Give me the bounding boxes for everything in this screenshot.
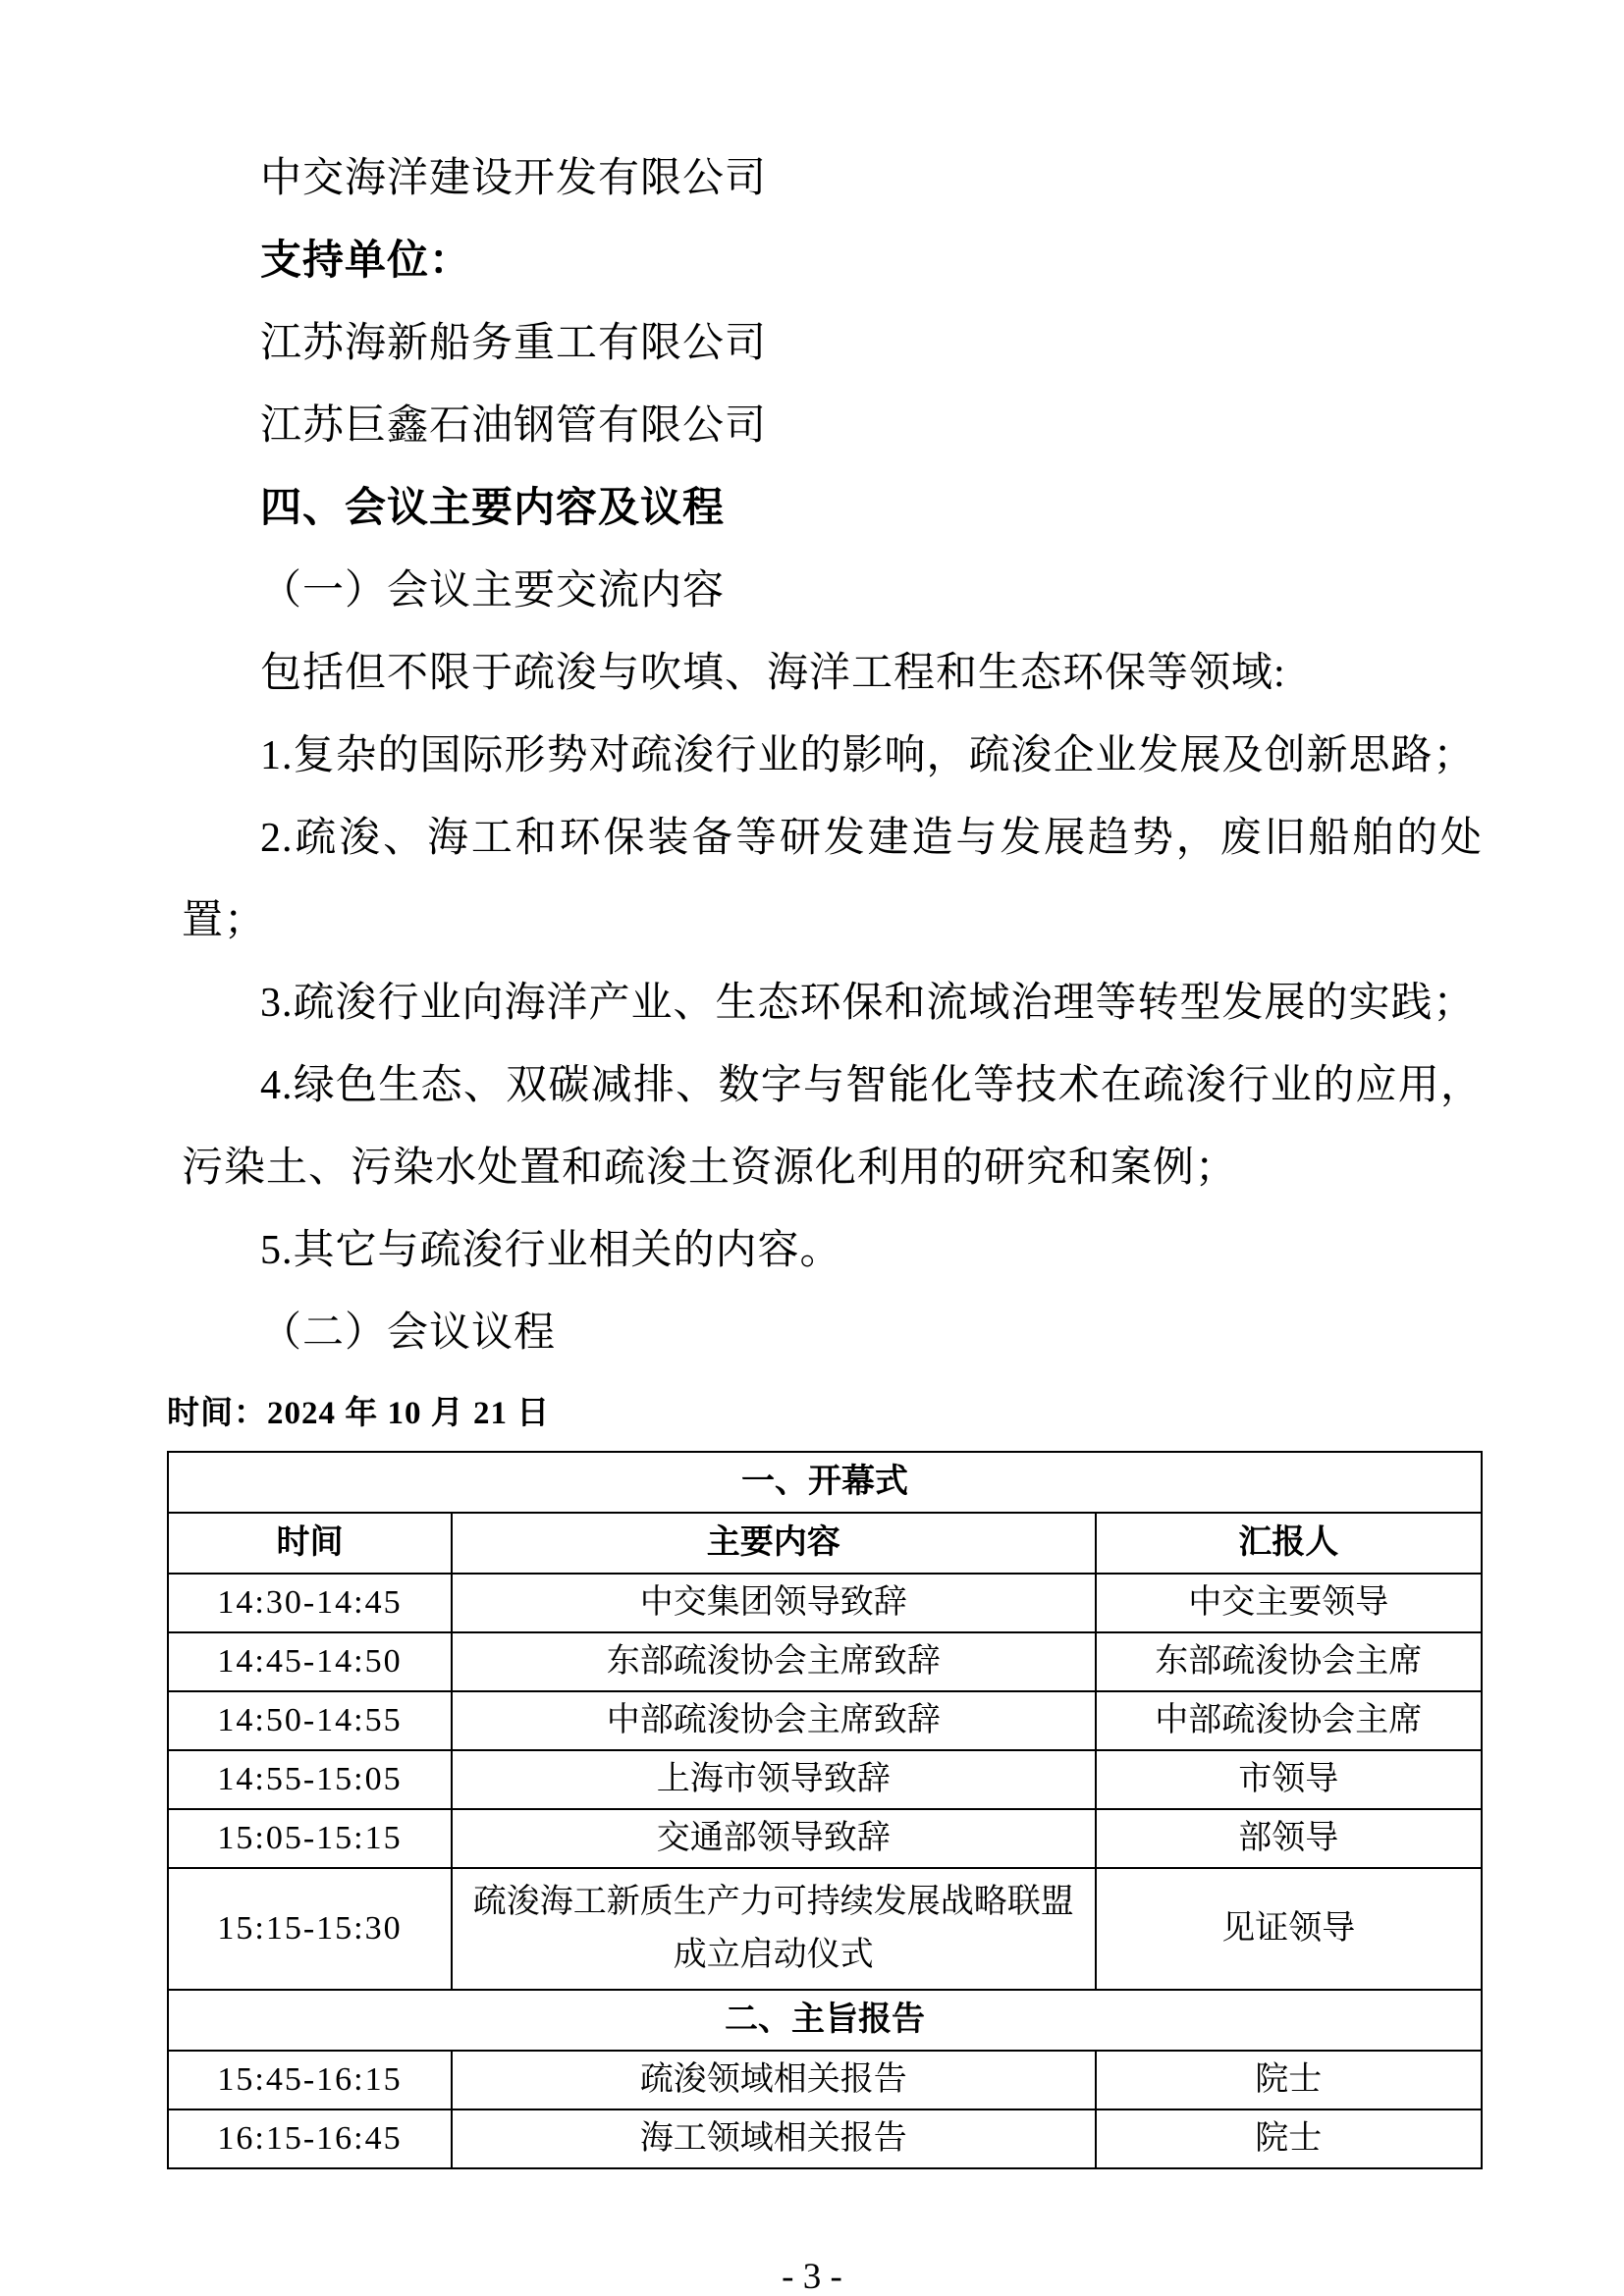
speaker-cell: 院士 [1096,2109,1482,2168]
column-header-speaker: 汇报人 [1096,1513,1482,1574]
subsection-2-heading: （二）会议议程 [182,1292,1483,1374]
time-cell: 15:15-15:30 [168,1868,452,1990]
agenda-row: 14:50-14:55 中部疏浚协会主席致辞 中部疏浚协会主席 [168,1691,1482,1750]
speaker-cell: 部领导 [1096,1809,1482,1868]
table-section-keynote: 二、主旨报告 [168,1990,1482,2051]
speaker-cell: 中部疏浚协会主席 [1096,1691,1482,1750]
schedule-date: 时间：2024 年 10 月 21 日 [167,1392,1483,1435]
speaker-cell: 院士 [1096,2051,1482,2109]
speaker-cell: 中交主要领导 [1096,1574,1482,1632]
content-cell: 交通部领导致辞 [452,1809,1096,1868]
speaker-cell: 市领导 [1096,1750,1482,1809]
content-cell: 海工领域相关报告 [452,2109,1096,2168]
content-cell: 中部疏浚协会主席致辞 [452,1691,1096,1750]
content-cell: 疏浚领域相关报告 [452,2051,1096,2109]
section-4-heading: 四、会议主要内容及议程 [182,467,1483,550]
content-cell: 中交集团领导致辞 [452,1574,1096,1632]
topic-item-1: 1.复杂的国际形势对疏浚行业的影响，疏浚企业发展及创新思路； [182,715,1483,797]
agenda-row: 15:45-16:15 疏浚领域相关报告 院士 [168,2051,1482,2109]
agenda-row: 15:15-15:30 疏浚海工新质生产力可持续发展战略联盟成立启动仪式 见证领… [168,1868,1482,1990]
company-line: 江苏海新船务重工有限公司 [182,302,1483,385]
time-cell: 14:45-14:50 [168,1632,452,1691]
time-cell: 14:55-15:05 [168,1750,452,1809]
time-cell: 16:15-16:45 [168,2109,452,2168]
topic-item-3: 3.疏浚行业向海洋产业、生态环保和流域治理等转型发展的实践； [182,962,1483,1044]
agenda-row: 14:30-14:45 中交集团领导致辞 中交主要领导 [168,1574,1482,1632]
agenda-row: 15:05-15:15 交通部领导致辞 部领导 [168,1809,1482,1868]
company-line: 江苏巨鑫石油钢管有限公司 [182,385,1483,467]
supporting-units-heading: 支持单位： [182,220,1483,302]
document-body: 中交海洋建设开发有限公司 支持单位： 江苏海新船务重工有限公司 江苏巨鑫石油钢管… [167,137,1483,1374]
agenda-row: 14:55-15:05 上海市领导致辞 市领导 [168,1750,1482,1809]
document-page: { "doc": { "intro_lines": [ { "text": "中… [0,0,1624,2296]
content-cell: 上海市领导致辞 [452,1750,1096,1809]
section-title-opening: 一、开幕式 [168,1452,1482,1513]
speaker-cell: 东部疏浚协会主席 [1096,1632,1482,1691]
table-header-row: 时间 主要内容 汇报人 [168,1513,1482,1574]
page-number: - 3 - [167,2256,1483,2296]
column-header-content: 主要内容 [452,1513,1096,1574]
content-cell: 疏浚海工新质生产力可持续发展战略联盟成立启动仪式 [452,1868,1096,1990]
topic-item-5: 5.其它与疏浚行业相关的内容。 [182,1209,1483,1292]
company-line: 中交海洋建设开发有限公司 [182,137,1483,220]
agenda-row: 16:15-16:45 海工领域相关报告 院士 [168,2109,1482,2168]
time-cell: 15:45-16:15 [168,2051,452,2109]
topic-item-4: 4.绿色生态、双碳减排、数字与智能化等技术在疏浚行业的应用，污染土、污染水处置和… [182,1044,1483,1209]
column-header-time: 时间 [168,1513,452,1574]
agenda-table: 一、开幕式 时间 主要内容 汇报人 14:30-14:45 中交集团领导致辞 中… [167,1451,1483,2169]
topic-item-2: 2.疏浚、海工和环保装备等研发建造与发展趋势，废旧船舶的处置； [182,797,1483,962]
section-title-keynote: 二、主旨报告 [168,1990,1482,2051]
speaker-cell: 见证领导 [1096,1868,1482,1990]
time-cell: 15:05-15:15 [168,1809,452,1868]
subsection-1-heading: （一）会议主要交流内容 [182,550,1483,632]
time-cell: 14:50-14:55 [168,1691,452,1750]
content-intro-line: 包括但不限于疏浚与吹填、海洋工程和生态环保等领域: [182,632,1483,715]
table-section-opening: 一、开幕式 [168,1452,1482,1513]
time-cell: 14:30-14:45 [168,1574,452,1632]
content-cell: 东部疏浚协会主席致辞 [452,1632,1096,1691]
agenda-row: 14:45-14:50 东部疏浚协会主席致辞 东部疏浚协会主席 [168,1632,1482,1691]
